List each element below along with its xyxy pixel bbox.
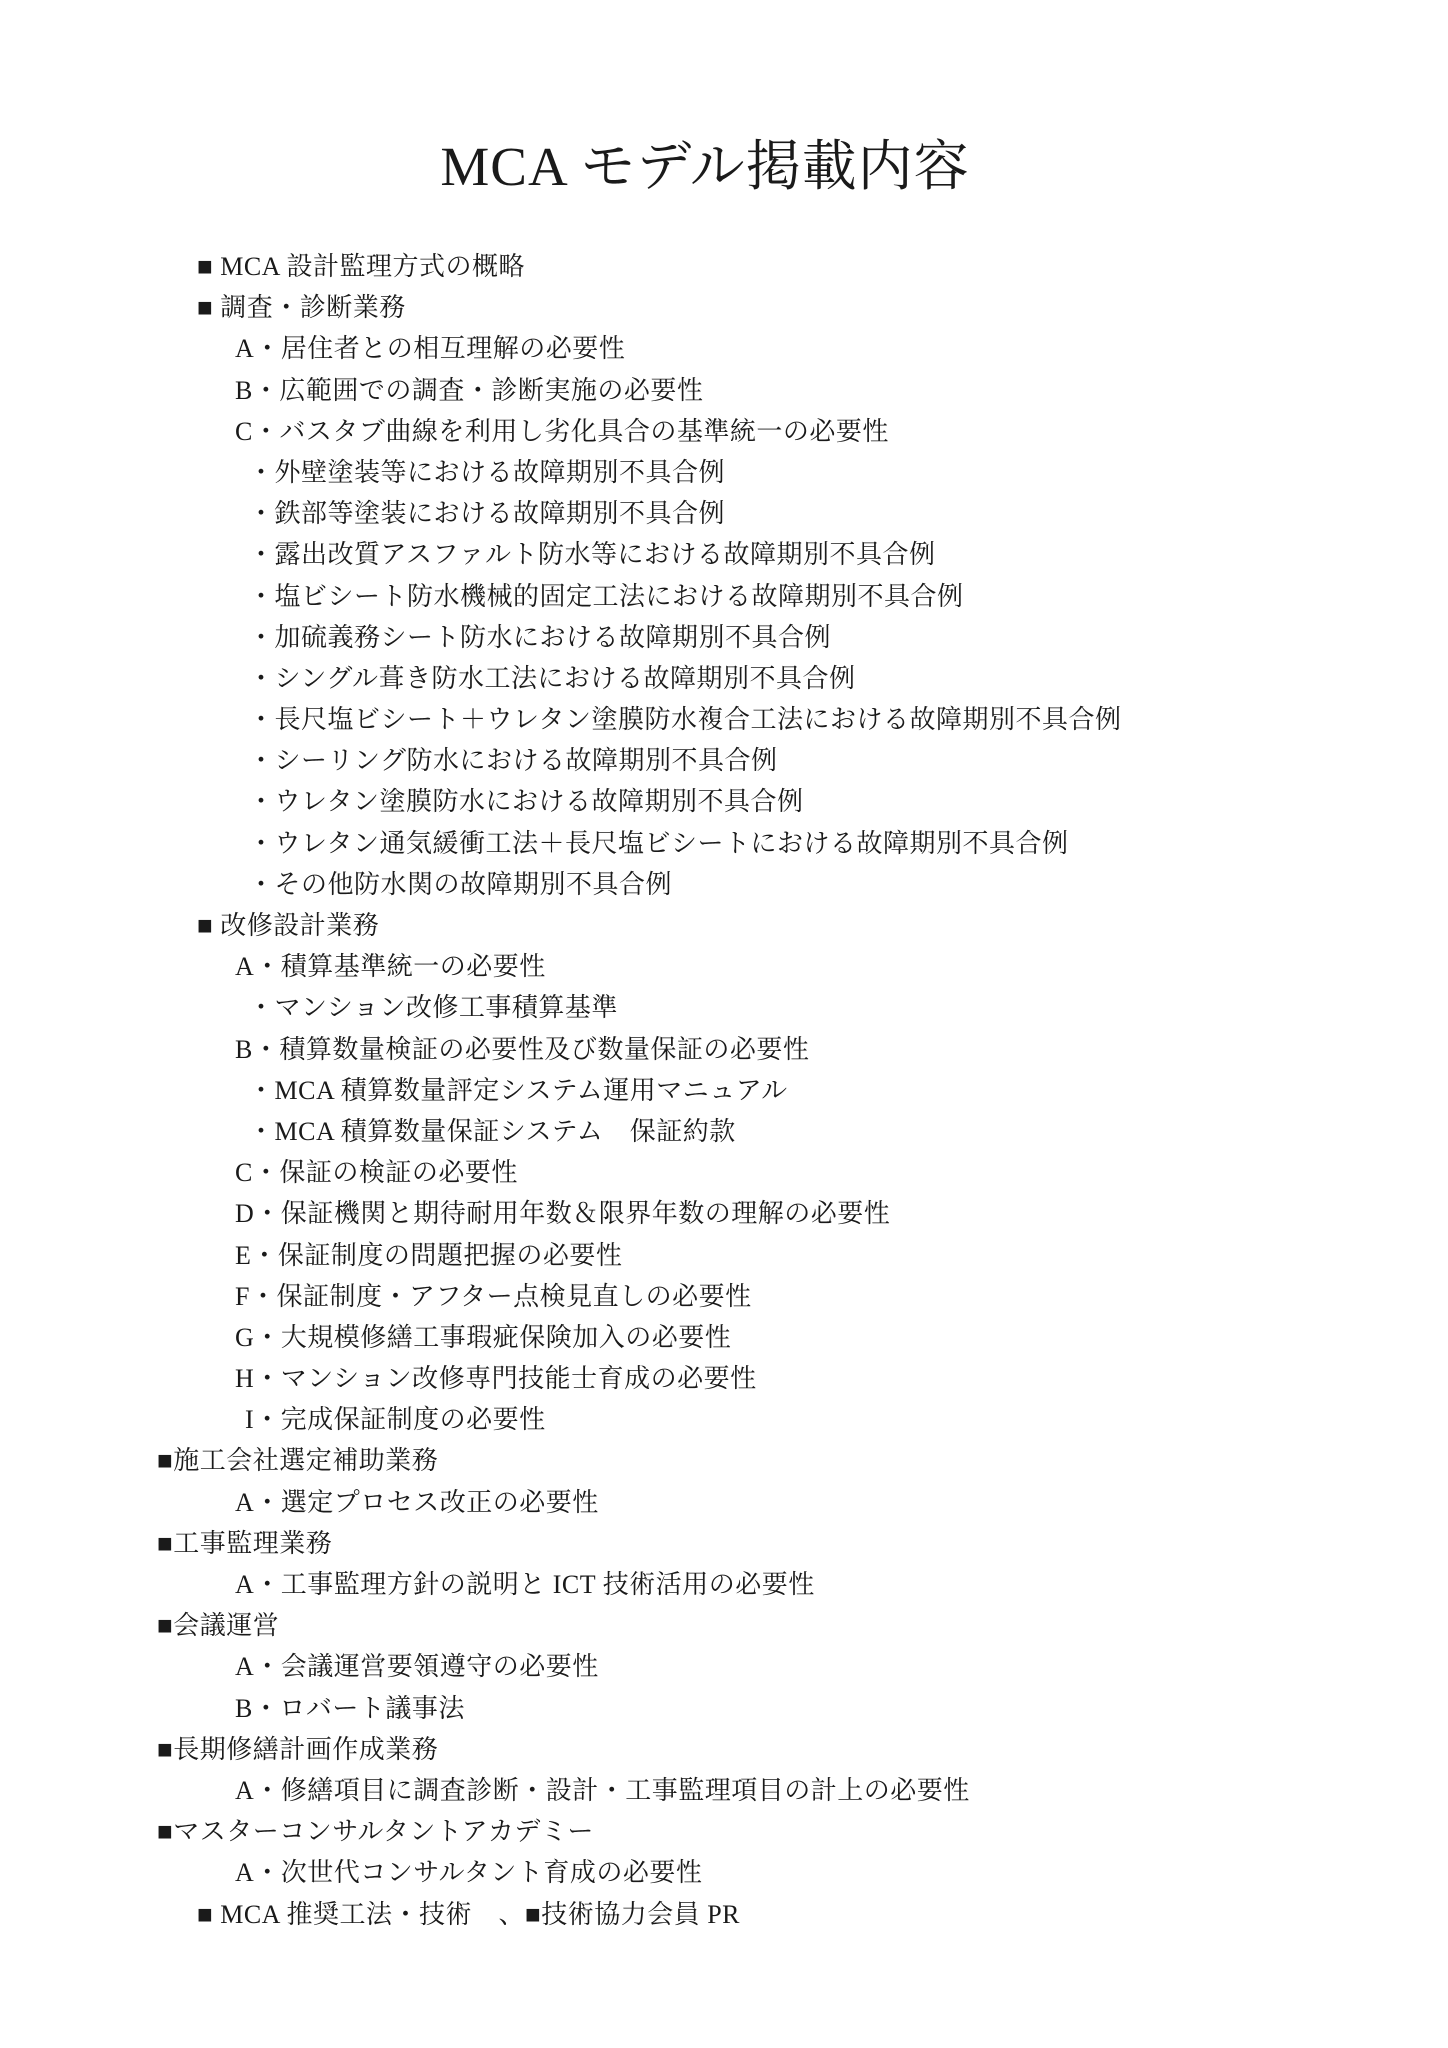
list-item: C・バスタブ曲線を利用し劣化具合の基準統一の必要性 [0, 411, 1448, 452]
list-item: A・選定プロセス改正の必要性 [0, 1482, 1448, 1523]
page-title: MCA モデル掲載内容 [0, 122, 1410, 201]
list-item: ■長期修繕計画作成業務 [0, 1729, 1448, 1770]
list-item: ■会議運営 [0, 1605, 1448, 1646]
list-item: ・露出改質アスファルト防水等における故障期別不具合例 [0, 534, 1448, 575]
toc-list: ■ MCA 設計監理方式の概略■ 調査・診断業務A・居住者との相互理解の必要性B… [0, 246, 1448, 1935]
list-item: ・長尺塩ビシート＋ウレタン塗膜防水複合工法における故障期別不具合例 [0, 699, 1448, 740]
list-item: ・ウレタン通気緩衝工法＋長尺塩ビシートにおける故障期別不具合例 [0, 823, 1448, 864]
list-item: ・加硫義務シート防水における故障期別不具合例 [0, 617, 1448, 658]
list-item: G・大規模修繕工事瑕疵保険加入の必要性 [0, 1317, 1448, 1358]
list-item: ■施工会社選定補助業務 [0, 1440, 1448, 1481]
list-item: ・ウレタン塗膜防水における故障期別不具合例 [0, 781, 1448, 822]
list-item: ■工事監理業務 [0, 1523, 1448, 1564]
list-item: ■ MCA 推奨工法・技術 、■技術協力会員 PR [0, 1894, 1448, 1935]
list-item: ・鉄部等塗装における故障期別不具合例 [0, 493, 1448, 534]
list-item: ■ 改修設計業務 [0, 905, 1448, 946]
list-item: E・保証制度の問題把握の必要性 [0, 1235, 1448, 1276]
list-item: ・外壁塗装等における故障期別不具合例 [0, 452, 1448, 493]
list-item: ・その他防水関の故障期別不具合例 [0, 864, 1448, 905]
list-item: A・工事監理方針の説明と ICT 技術活用の必要性 [0, 1564, 1448, 1605]
list-item: A・会議運営要領遵守の必要性 [0, 1646, 1448, 1687]
list-item: ・MCA 積算数量評定システム運用マニュアル [0, 1070, 1448, 1111]
list-item: ■ 調査・診断業務 [0, 287, 1448, 328]
list-item: I・完成保証制度の必要性 [0, 1399, 1448, 1440]
list-item: F・保証制度・アフター点検見直しの必要性 [0, 1276, 1448, 1317]
document-page: MCA モデル掲載内容 ■ MCA 設計監理方式の概略■ 調査・診断業務A・居住… [0, 0, 1448, 2048]
list-item: ・シーリング防水における故障期別不具合例 [0, 740, 1448, 781]
list-item: A・次世代コンサルタント育成の必要性 [0, 1852, 1448, 1893]
list-item: A・積算基準統一の必要性 [0, 946, 1448, 987]
list-item: ■ MCA 設計監理方式の概略 [0, 246, 1448, 287]
list-item: B・ロバート議事法 [0, 1688, 1448, 1729]
list-item: A・居住者との相互理解の必要性 [0, 328, 1448, 369]
list-item: C・保証の検証の必要性 [0, 1152, 1448, 1193]
list-item: B・広範囲での調査・診断実施の必要性 [0, 370, 1448, 411]
list-item: ・MCA 積算数量保証システム 保証約款 [0, 1111, 1448, 1152]
list-item: ・塩ビシート防水機械的固定工法における故障期別不具合例 [0, 576, 1448, 617]
list-item: D・保証機関と期待耐用年数＆限界年数の理解の必要性 [0, 1193, 1448, 1234]
list-item: A・修繕項目に調査診断・設計・工事監理項目の計上の必要性 [0, 1770, 1448, 1811]
list-item: H・マンション改修専門技能士育成の必要性 [0, 1358, 1448, 1399]
list-item: ・マンション改修工事積算基準 [0, 987, 1448, 1028]
list-item: ■マスターコンサルタントアカデミー [0, 1811, 1448, 1852]
list-item: ・シングル葺き防水工法における故障期別不具合例 [0, 658, 1448, 699]
list-item: B・積算数量検証の必要性及び数量保証の必要性 [0, 1029, 1448, 1070]
